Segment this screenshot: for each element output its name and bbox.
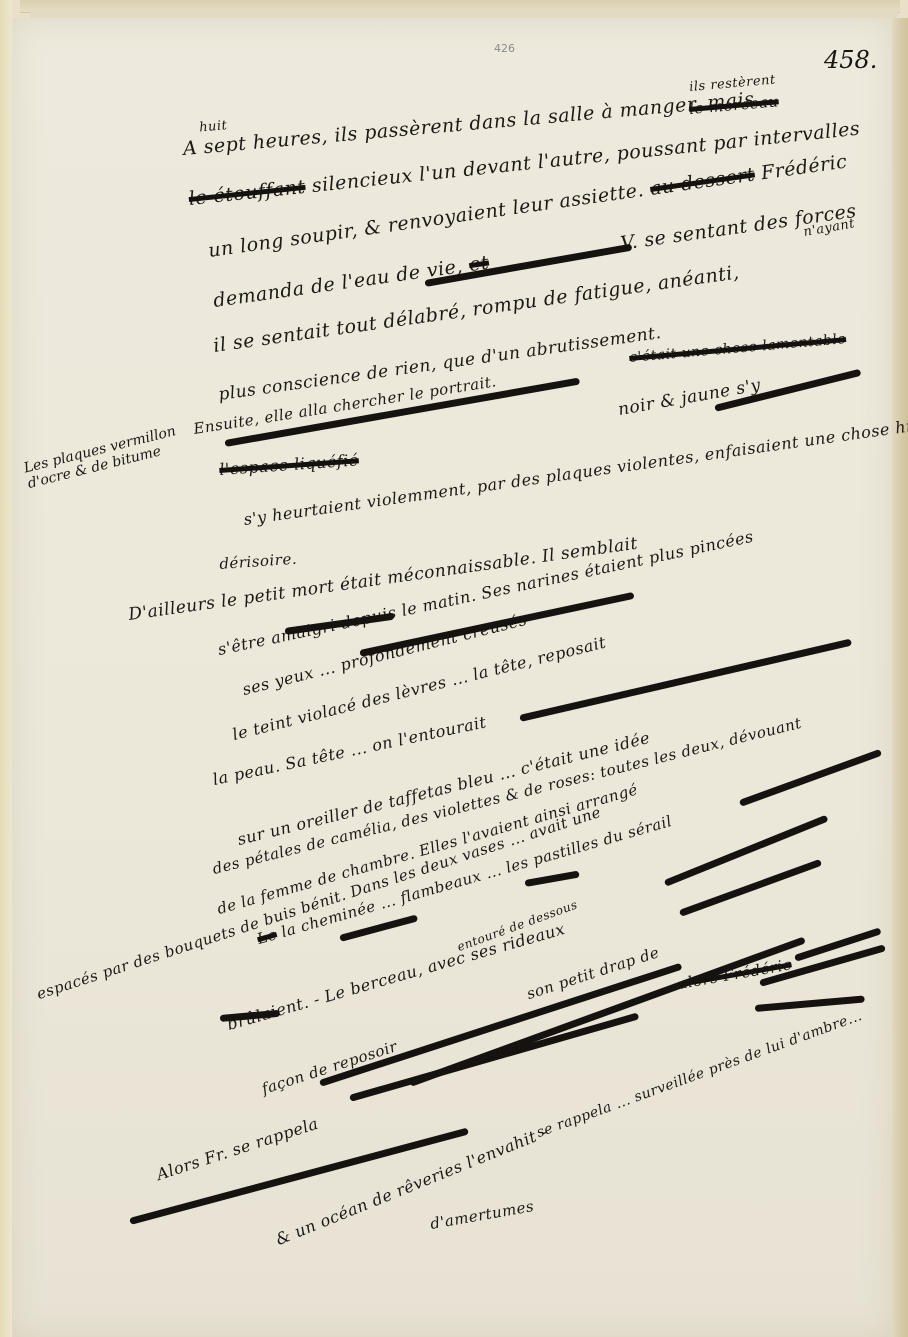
- folio-number-pencil: 426: [494, 42, 515, 55]
- folio-number-ink: 458.: [824, 46, 877, 74]
- binding-edge: [892, 18, 908, 1337]
- insertion: huit: [199, 118, 228, 135]
- page-left-edge: [0, 0, 12, 1337]
